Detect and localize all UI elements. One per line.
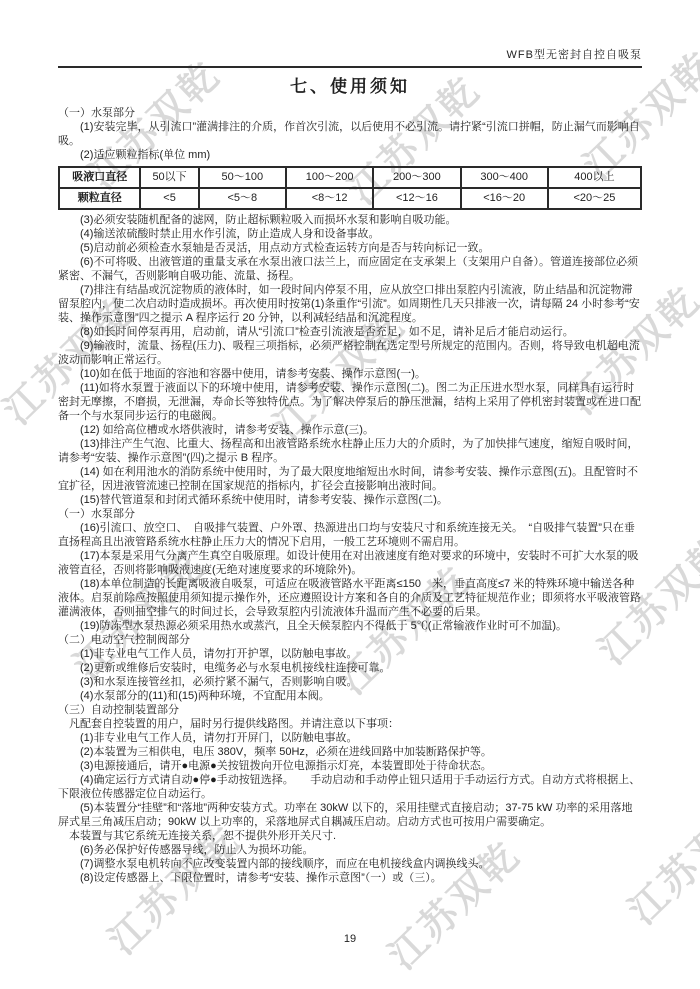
paragraph: (1)非专业电气工作人员，请勿打开屏门，以防触电事故。 xyxy=(58,731,642,745)
manual-page: 江苏双乾 江苏双乾 江苏双乾 江苏双乾 江苏双乾 江苏双乾 江苏双乾 江苏双乾 … xyxy=(0,0,700,989)
section-title: 七、使用须知 xyxy=(58,80,642,94)
table-row: 颗粒直径 <5 <5～8 <8～12 <12～16 <16～20 <20～25 xyxy=(59,188,641,209)
paragraph: (15)替代管道泵和封闭式循环系统中使用时，请参考安装、操作示意图(二)。 xyxy=(58,493,642,507)
paragraph: (2)适应颗粒指标(单位 mm) xyxy=(58,148,642,162)
paragraph: (9)输液时，流量、扬程(压力)、吸程三项指标，必须严格控制在选定型号所规定的范… xyxy=(58,339,642,367)
paragraph: (7)排注有结晶或沉淀物质的液体时，如一段时间内停泵不用，应从放空口排出泵腔内引… xyxy=(58,283,642,325)
paragraph: (2)本装置为三相供电，电压 380V，频率 50Hz，必须在进线回路中加装断路… xyxy=(58,745,642,759)
paragraph: (6)务必保护好传感器导线，防止人为损坏功能。 xyxy=(58,843,642,857)
page-content: 七、使用须知 （一）水泵部分 (1)安装完毕，从引流口”灌满排注的介质，作首次引… xyxy=(58,74,642,885)
paragraph: (3)电源接通后，请开●电源●关按钮拨向开位电源指示灯亮，本装置即处于待命状态。 xyxy=(58,759,642,773)
paragraph: (13)排注产生气泡、比重大、扬程高和出液管路系统水柱静止压力大的介质时，为了加… xyxy=(58,437,642,465)
document-title: WFB型无密封自控自吸泵 xyxy=(507,49,642,61)
particle-size-table: 吸液口直径 50以下 50～100 100～200 200～300 300～40… xyxy=(58,166,642,210)
table-cell: 吸液口直径 xyxy=(59,167,140,188)
paragraph: (11)如将水泵置于液面以下的环境中使用，请参考安装、操作示意图(二)。图二为正… xyxy=(58,381,642,423)
table-cell: <16～20 xyxy=(461,188,548,209)
table-cell: 200～300 xyxy=(373,167,460,188)
table-cell: <5～8 xyxy=(199,188,286,209)
paragraph: (5)本装置分“挂壁”和“落地”两种安装方式。功率在 30kW 以下的，采用挂壁… xyxy=(58,801,642,829)
table-cell: <8～12 xyxy=(286,188,373,209)
paragraph: (12) 如给高位槽或水塔供液时，请参考安装、操作示意(三)。 xyxy=(58,423,642,437)
paragraph: (4)输送浓硫酸时禁止用水作引流，防止造成人身和设备事故。 xyxy=(58,227,642,241)
paragraph: (3)和水泵连接管丝扣，必须拧紧不漏气，否则影响自吸。 xyxy=(58,675,642,689)
paragraph: (14) 如在利用池水的消防系统中使用时，为了最大限度地缩短出水时间，请参考安装… xyxy=(58,465,642,493)
table-cell: 50以下 xyxy=(140,167,198,188)
table-cell: 50～100 xyxy=(199,167,286,188)
paragraph: (6)不可将吸、出液管道的重量支承在水泵出液口法兰上，而应固定在支承架上（支架用… xyxy=(58,255,642,283)
table-cell: <20～25 xyxy=(548,188,641,209)
paragraph: (5)启动前必须检查水泵轴是否灵活，用点动方式检查运转方向是否与转向标记一致。 xyxy=(58,241,642,255)
paragraph: (2)更新或维修后安装时，电缆务必与水泵电机接线柱连接可靠。 xyxy=(58,661,642,675)
paragraph: (7)调整水泵电机转向不应改变装置内部的接线顺序，而应在电机接线盒内调换线头。 xyxy=(58,857,642,871)
table-cell: 颗粒直径 xyxy=(59,188,140,209)
table-cell: <5 xyxy=(140,188,198,209)
table-row: 吸液口直径 50以下 50～100 100～200 200～300 300～40… xyxy=(59,167,641,188)
paragraph: (19)防冻型水泵热源必须采用热水或蒸汽，且全天候泵腔内不得低于 5℃(正常输液… xyxy=(58,619,642,633)
table-cell: 300～400 xyxy=(461,167,548,188)
page-header: WFB型无密封自控自吸泵 xyxy=(58,46,642,68)
paragraph: (3)必须安装随机配备的滤网，防止超标颗粒吸入而损坏水泵和影响自吸功能。 xyxy=(58,213,642,227)
table-cell: 100～200 xyxy=(286,167,373,188)
paragraph: (16)引流口、放空口、 自吸排气装置、户外罩、热源进出口均与安装尺寸和系统连接… xyxy=(58,521,642,549)
paragraph: (4)水泵部分的(11)和(15)两种环境，不宜配用本阀。 xyxy=(58,689,642,703)
table-cell: <12～16 xyxy=(373,188,460,209)
paragraph: (18)本单位制造的长距离吸液自吸泵，可适应在吸液管路水平距离≤150 米，垂直… xyxy=(58,577,642,619)
paragraph: (17)本泵是采用气分离产生真空自吸原理。如设计使用在对出液速度有绝对要求的环境… xyxy=(58,549,642,577)
paragraph: (10)如在低于地面的容池和容器中使用，请参考安装、操作示意图(一)。 xyxy=(58,367,642,381)
page-number: 19 xyxy=(0,933,700,945)
paragraph: (1)安装完毕，从引流口”灌满排注的介质，作首次引流，以后使用不必引流。请拧紧“… xyxy=(58,120,642,148)
paragraph: (8)设定传感器上、下限位置时，请参考“安装、操作示意图”（一）或（三）。 xyxy=(58,871,642,885)
paragraph: (8)如长时间停泵再用，启动前，请从“引流口”检查引流液是否充足，如不足，请补足… xyxy=(58,325,642,339)
paragraph: （二）电动空气控制阀部分 xyxy=(58,633,642,647)
paragraph: 本装置与其它系统无连接关系，恕不提供外形开关尺寸. xyxy=(58,829,642,843)
paragraph: (4)确定运行方式请自动●停●手动按钮选择。 手动启动和手动停止钮只适用于手动运… xyxy=(58,773,642,801)
paragraph: (1)非专业电气工作人员，请勿打开护罩，以防触电事故。 xyxy=(58,647,642,661)
paragraph: （一）水泵部分 xyxy=(58,106,642,120)
paragraph: （三）自动控制装置部分 xyxy=(58,703,642,717)
table-cell: 400以上 xyxy=(548,167,641,188)
paragraph: （一）水泵部分 xyxy=(58,507,642,521)
paragraph: 凡配套自控装置的用户，届时另行提供线路图。并请注意以下事项： xyxy=(58,717,642,731)
